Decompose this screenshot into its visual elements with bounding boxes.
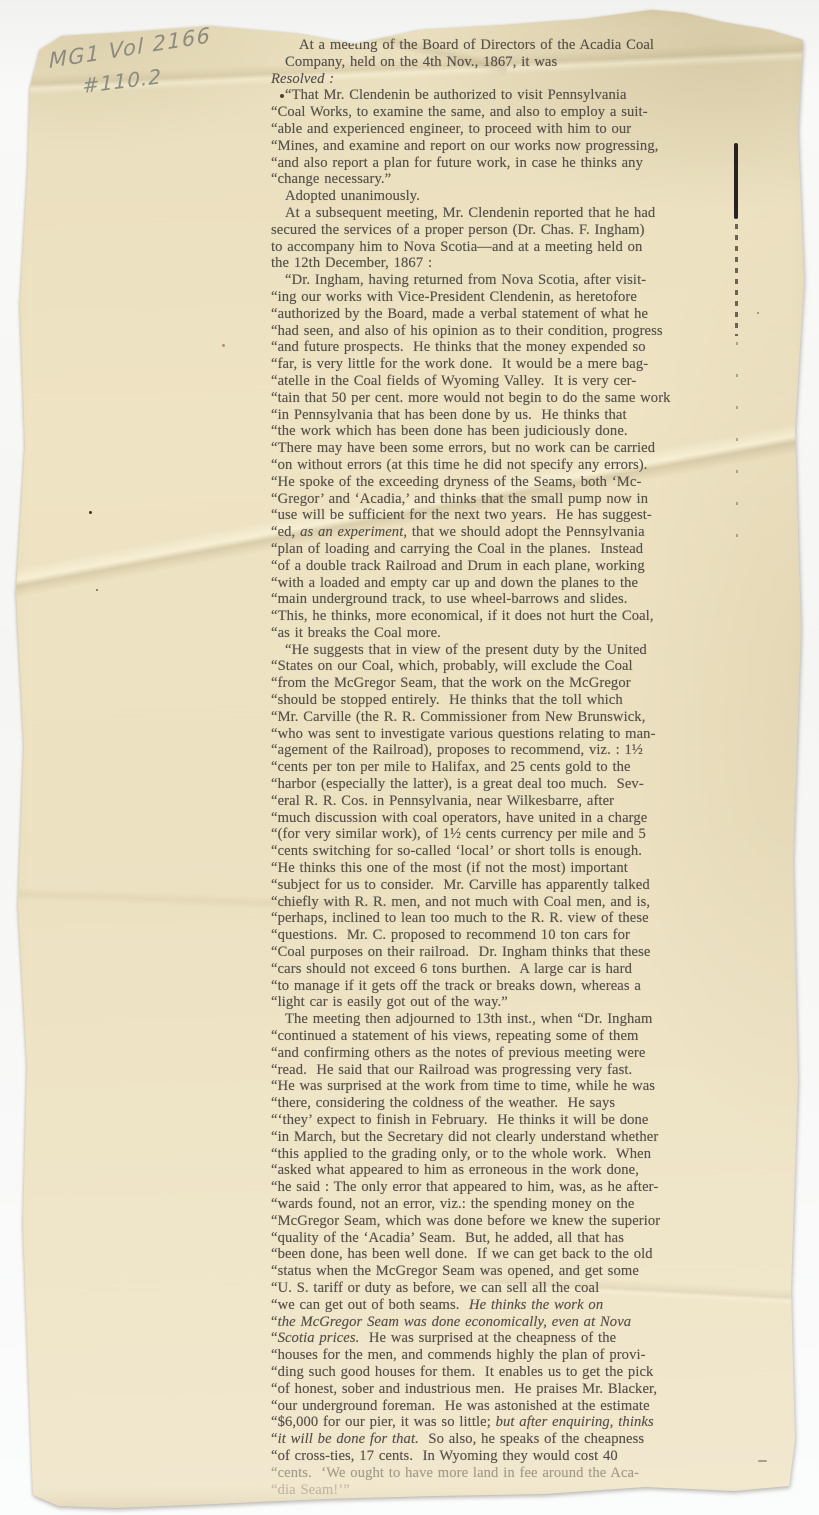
archival-note: MG1 Vol 2166 #110.2 (48, 36, 212, 90)
document-text: At a meeting of the Board of Directors o… (271, 37, 721, 1498)
text-line: “eral R. R. Cos. in Pennsylvania, near W… (271, 793, 721, 810)
text-line: “Dr. Ingham, having returned from Nova S… (271, 272, 721, 289)
text-line: “questions. Mr. C. proposed to recommend… (271, 927, 721, 944)
text-line: “(for very similar work), of 1½ cents cu… (271, 826, 721, 843)
text-line: “cents switching for so-called ‘local’ o… (271, 843, 721, 860)
text-line: “who was sent to investigate various que… (271, 726, 721, 743)
text-line: Company, held on the 4th Nov., 1867, it … (271, 54, 721, 71)
text-line: “wards found, not an error, viz.: the sp… (271, 1196, 721, 1213)
text-line: “$6,000 for our pier, it was so little; … (271, 1414, 721, 1431)
text-line: “McGregor Seam, which was done before we… (271, 1213, 721, 1230)
text-line: “this applied to the grading only, or to… (271, 1146, 721, 1163)
text-line: “light car is easily got out of the way.… (271, 994, 721, 1011)
paper-speck (96, 589, 98, 591)
text-line: “He suggests that in view of the present… (271, 642, 721, 659)
text-line: “main underground track, to use wheel-ba… (271, 591, 721, 608)
text-line: “status when the McGregor Seam was opene… (271, 1263, 721, 1280)
paper-sheet-wrapper: MG1 Vol 2166 #110.2 At a meeting of the … (0, 0, 819, 1515)
text-line: “he said : The only error that appeared … (271, 1179, 721, 1196)
text-line: “from the McGregor Seam, that the work o… (271, 675, 721, 692)
ink-binding-mark (734, 143, 738, 219)
text-line: “cents per ton per mile to Halifax, and … (271, 759, 721, 776)
text-line: “agement of the Railroad), proposes to r… (271, 742, 721, 759)
text-line: “to manage if it gets off the track or b… (271, 978, 721, 995)
text-line: “and confirming others as the notes of p… (271, 1045, 721, 1062)
text-line: “of honest, sober and industrious men. H… (271, 1381, 721, 1398)
text-line: “Mines, and examine and report on our wo… (271, 138, 721, 155)
text-line: “our underground foreman. He was astonis… (271, 1398, 721, 1415)
text-line: “houses for the men, and commends highly… (271, 1347, 721, 1364)
paper-speck (757, 312, 759, 314)
text-line: “with a loaded and empty car up and down… (271, 575, 721, 592)
text-line: “There may have been some errors, but no… (271, 440, 721, 457)
text-line: “of a double track Railroad and Drum in … (271, 558, 721, 575)
text-line: “authorized by the Board, made a verbal … (271, 306, 721, 323)
text-line: “far, is very little for the work done. … (271, 356, 721, 373)
text-line: “perhaps, inclined to lean too much to t… (271, 910, 721, 927)
text-line: “dia Seam!’” (271, 1482, 721, 1499)
text-line: “Coal purposes on their railroad. Dr. In… (271, 944, 721, 961)
text-line: “quality of the ‘Acadia’ Seam. But, he a… (271, 1230, 721, 1247)
text-line: “use will be sufficient for the next two… (271, 507, 721, 524)
paper-sheet: MG1 Vol 2166 #110.2 At a meeting of the … (0, 0, 819, 1515)
text-line: “Mr. Carville (the R. R. Commissioner fr… (271, 709, 721, 726)
text-line: “Gregor’ and ‘Acadia,’ and thinks that t… (271, 491, 721, 508)
text-line: “change necessary.” (271, 171, 721, 188)
paper-speck (89, 511, 92, 514)
text-line: “and also report a plan for future work,… (271, 155, 721, 172)
text-line: “States on our Coal, which, probably, wi… (271, 658, 721, 675)
text-line: At a subsequent meeting, Mr. Clendenin r… (271, 205, 721, 222)
paper-speck (758, 1460, 767, 1462)
text-line: “He was surprised at the work from time … (271, 1078, 721, 1095)
ink-binding-mark-dashes (735, 224, 738, 336)
text-line: Adopted unanimously. (271, 188, 721, 205)
scanned-document-page: { "style":{"paper_color":"#ece1c1","ink_… (0, 0, 819, 1515)
text-line: “on without errors (at this time he did … (271, 457, 721, 474)
text-line: “plan of loading and carrying the Coal i… (271, 541, 721, 558)
text-line: “ding such good houses for them. It enab… (271, 1364, 721, 1381)
text-line: “there, considering the coldness of the … (271, 1095, 721, 1112)
text-line: “ing our works with Vice-President Clend… (271, 289, 721, 306)
text-line: “harbor (especially the latter), is a gr… (271, 776, 721, 793)
text-line: “cars should not exceed 6 tons burthen. … (271, 961, 721, 978)
text-line: The meeting then adjourned to 13th inst.… (271, 1011, 721, 1028)
text-line: At a meeting of the Board of Directors o… (271, 37, 721, 54)
text-line: “of cross-ties, 17 cents. In Wyoming the… (271, 1448, 721, 1465)
text-line: “able and experienced engineer, to proce… (271, 121, 721, 138)
text-line: “in Pennsylvania that has been done by u… (271, 407, 721, 424)
text-line: “U. S. tariff or duty as before, we can … (271, 1280, 721, 1297)
ink-binding-mark-dots (736, 342, 738, 562)
text-line: “the McGregor Seam was done economically… (271, 1314, 721, 1331)
text-line: secured the services of a proper person … (271, 222, 721, 239)
text-line: “been done, has been well done. If we ca… (271, 1246, 721, 1263)
text-line: “chiefly with R. R. men, and not much wi… (271, 894, 721, 911)
text-line: “in March, but the Secretary did not cle… (271, 1129, 721, 1146)
text-line: “should be stopped entirely. He thinks t… (271, 692, 721, 709)
text-line: “Coal Works, to examine the same, and al… (271, 104, 721, 121)
text-line: “as it breaks the Coal more. (271, 625, 721, 642)
text-line: “tain that 50 per cent. more would not b… (271, 390, 721, 407)
text-line: “it will be done for that. So also, he s… (271, 1431, 721, 1448)
text-line: “‘they’ expect to finish in February. He… (271, 1112, 721, 1129)
text-line: “read. He said that our Railroad was pro… (271, 1062, 721, 1079)
text-line: “Scotia prices. He was surprised at the … (271, 1330, 721, 1347)
text-line: “atelle in the Coal fields of Wyoming Va… (271, 373, 721, 390)
text-line: “cents. ‘We ought to have more land in f… (271, 1465, 721, 1482)
text-line: “asked what appeared to him as erroneous… (271, 1162, 721, 1179)
text-line: to accompany him to Nova Scotia—and at a… (271, 239, 721, 256)
text-line: “had seen, and also of his opinion as to… (271, 323, 721, 340)
text-line: “much discussion with coal operators, ha… (271, 810, 721, 827)
text-line: “This, he thinks, more economical, if it… (271, 608, 721, 625)
text-line: Resolved : (271, 71, 721, 88)
text-line: “and future prospects. He thinks that th… (271, 339, 721, 356)
paper-speck (222, 344, 225, 347)
text-line: “we can get out of both seams. He thinks… (271, 1297, 721, 1314)
text-line: “ed, as an experiment, that we should ad… (271, 524, 721, 541)
text-line: “subject for us to consider. Mr. Carvill… (271, 877, 721, 894)
text-line: “continued a statement of his views, rep… (271, 1028, 721, 1045)
text-line: “That Mr. Clendenin be authorized to vis… (271, 87, 721, 104)
text-line: “He spoke of the exceeding dryness of th… (271, 474, 721, 491)
text-line: “He thinks this one of the most (if not … (271, 860, 721, 877)
text-line: the 12th December, 1867 : (271, 255, 721, 272)
text-line: “the work which has been done has been j… (271, 423, 721, 440)
